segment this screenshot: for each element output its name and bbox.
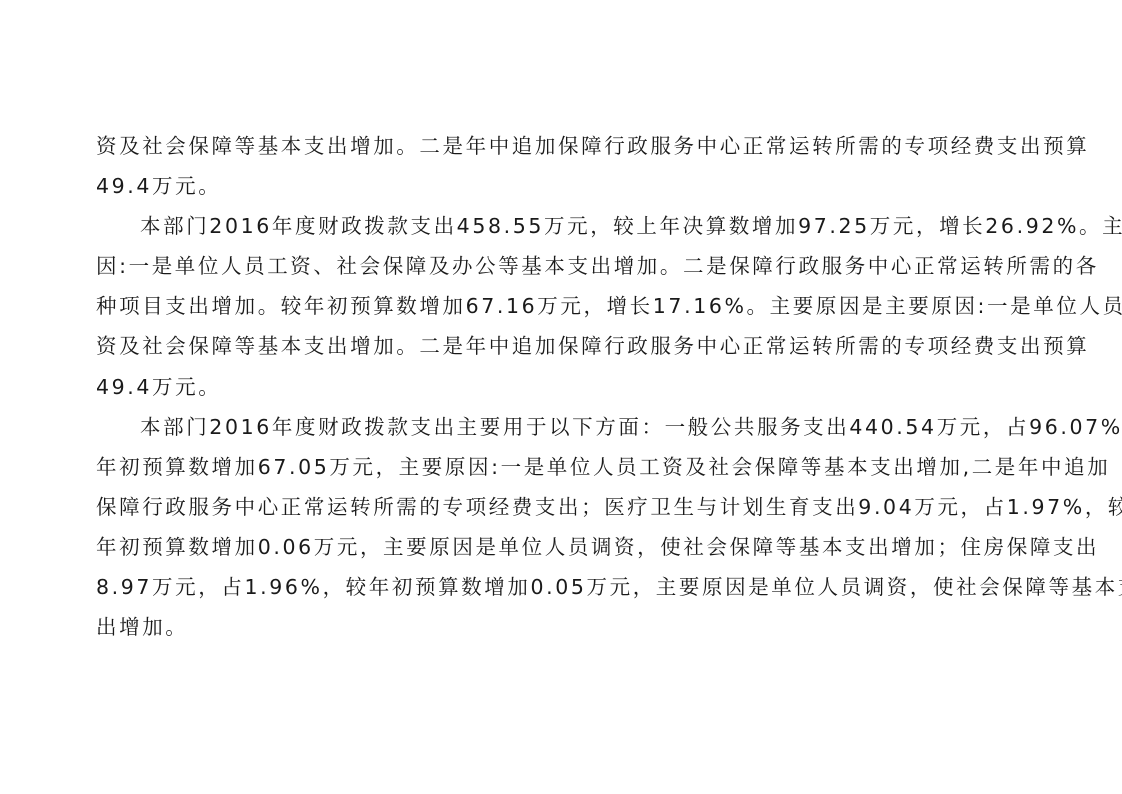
text-line: 年初预算数增加67.05万元，主要原因:一是单位人员工资及社会保障等基本支出增加… bbox=[96, 447, 1036, 487]
text-line: 种项目支出增加。较年初预算数增加67.16万元，增长17.16%。主要原因是主要… bbox=[96, 286, 1036, 326]
text-line: 49.4万元。 bbox=[96, 367, 1036, 407]
paragraph-p3: 本部门2016年度财政拨款支出主要用于以下方面：一般公共服务支出440.54万元… bbox=[96, 407, 1036, 648]
document-page: 资及社会保障等基本支出增加。二是年中追加保障行政服务中心正常运转所需的专项经费支… bbox=[0, 0, 1122, 794]
paragraph-p2: 本部门2016年度财政拨款支出458.55万元，较上年决算数增加97.25万元，… bbox=[96, 206, 1036, 406]
text-line: 资及社会保障等基本支出增加。二是年中追加保障行政服务中心正常运转所需的专项经费支… bbox=[96, 326, 1036, 366]
text-line: 8.97万元，占1.96%，较年初预算数增加0.05万元，主要原因是单位人员调资… bbox=[96, 567, 1036, 607]
text-line: 本部门2016年度财政拨款支出458.55万元，较上年决算数增加97.25万元，… bbox=[96, 206, 1036, 246]
text-line: 因:一是单位人员工资、社会保障及办公等基本支出增加。二是保障行政服务中心正常运转… bbox=[96, 246, 1036, 286]
text-line: 资及社会保障等基本支出增加。二是年中追加保障行政服务中心正常运转所需的专项经费支… bbox=[96, 126, 1036, 166]
paragraph-p1: 资及社会保障等基本支出增加。二是年中追加保障行政服务中心正常运转所需的专项经费支… bbox=[96, 126, 1036, 206]
text-line: 年初预算数增加0.06万元，主要原因是单位人员调资，使社会保障等基本支出增加；住… bbox=[96, 527, 1036, 567]
text-line: 保障行政服务中心正常运转所需的专项经费支出；医疗卫生与计划生育支出9.04万元，… bbox=[96, 487, 1036, 527]
text-line: 本部门2016年度财政拨款支出主要用于以下方面：一般公共服务支出440.54万元… bbox=[96, 407, 1036, 447]
text-line: 49.4万元。 bbox=[96, 166, 1036, 206]
document-body: 资及社会保障等基本支出增加。二是年中追加保障行政服务中心正常运转所需的专项经费支… bbox=[96, 126, 1036, 647]
text-line: 出增加。 bbox=[96, 607, 1036, 647]
